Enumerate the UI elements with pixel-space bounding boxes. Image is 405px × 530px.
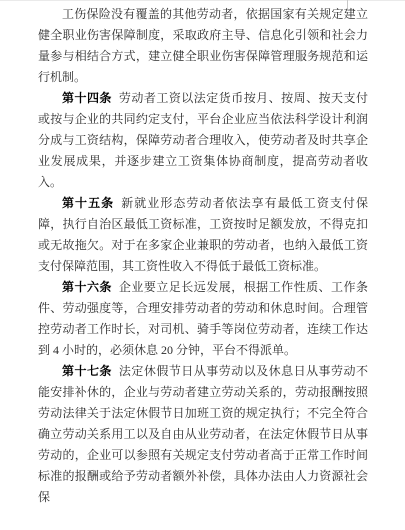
paragraph-text: 法定休假节日从事劳动以及休息日从事劳动不能安排补休的，企业与劳动者建立劳动关系的…: [38, 364, 368, 504]
article-number: 第十四条: [62, 91, 112, 105]
article-number: 第十七条: [62, 364, 112, 378]
paragraph-article-14: 第十四条劳动者工资以法定货币按月、按周、按天支付或按与企业的共同约定支付，平台企…: [38, 88, 368, 193]
paragraph-injury-insurance: 工伤保险没有覆盖的其他劳动者，依据国家有关规定建立健全职业伤害保障制度，采取政府…: [38, 4, 368, 88]
paragraph-text: 工伤保险没有覆盖的其他劳动者，依据国家有关规定建立健全职业伤害保障制度，采取政府…: [38, 7, 368, 84]
paragraph-article-16: 第十六条企业要立足长远发展，根据工作性质、工作条件、劳动强度等，合理安排劳动者的…: [38, 277, 368, 361]
document-page: 工伤保险没有覆盖的其他劳动者，依据国家有关规定建立健全职业伤害保障制度，采取政府…: [0, 0, 405, 530]
paragraph-article-15: 第十五条新就业形态劳动者依法享有最低工资支付保障，执行自治区最低工资标准，工资按…: [38, 193, 368, 277]
paragraph-text: 劳动者工资以法定货币按月、按周、按天支付或按与企业的共同约定支付，平台企业应当依…: [38, 91, 368, 189]
article-number: 第十五条: [62, 196, 114, 210]
document-text: 工伤保险没有覆盖的其他劳动者，依据国家有关规定建立健全职业伤害保障制度，采取政府…: [38, 4, 368, 508]
scan-edge-line: [0, 0, 405, 1]
paragraph-article-17: 第十七条法定休假节日从事劳动以及休息日从事劳动不能安排补休的，企业与劳动者建立劳…: [38, 361, 368, 508]
article-number: 第十六条: [62, 280, 112, 294]
